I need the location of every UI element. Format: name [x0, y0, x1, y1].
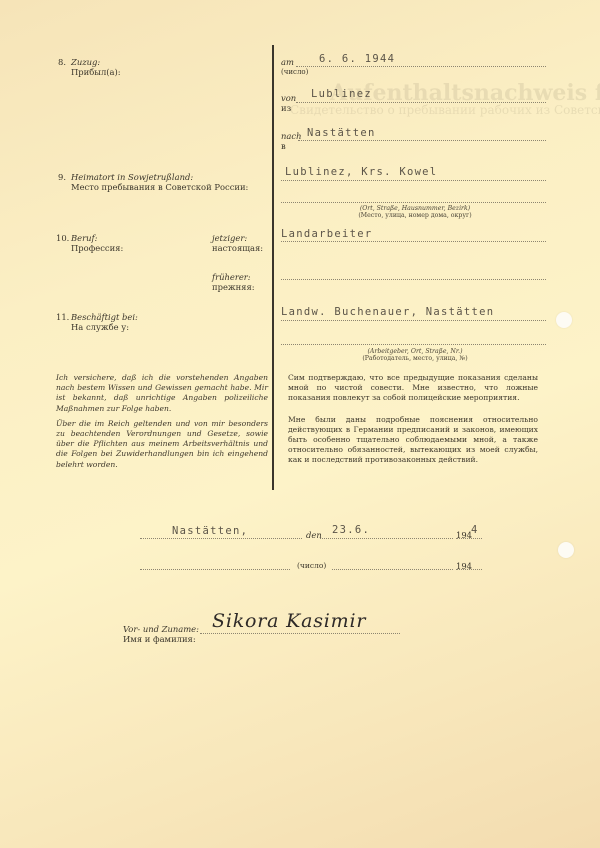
date-label-ru: (число): [297, 561, 326, 571]
former-profession-label-de: früherer:: [212, 272, 251, 282]
declaration-russian: Сим подтверждаю, что все предыдущие пока…: [288, 373, 538, 471]
signature-label-de: Vor- und Zuname:: [123, 624, 199, 634]
arrival-date-label: am: [281, 57, 294, 67]
section-8-number: 8.: [58, 57, 66, 67]
document-page: Aufenthaltsnachweis für Arbeitskräfte au…: [0, 0, 600, 848]
arrival-date-line: [296, 66, 546, 67]
section-10-label-ru: Профессия:: [71, 243, 123, 253]
home-address-line-2: [281, 202, 546, 203]
place-field[interactable]: Nastätten,: [172, 525, 248, 537]
punch-hole-lower: [558, 542, 574, 558]
date-field[interactable]: 23.6.: [332, 524, 370, 536]
employer-hint-ru: (Работодатель, место, улица, №): [300, 355, 530, 363]
former-profession-label-ru: прежняя:: [212, 282, 255, 292]
declaration-german-paragraph-1: Ich versichere, daß ich die vorstehenden…: [56, 373, 268, 414]
signature-line: [200, 633, 400, 634]
home-address-hint-ru: (Место, улица, номер дома, округ): [300, 212, 530, 220]
former-profession-line: [281, 279, 546, 280]
place-line-ru: [140, 569, 290, 570]
arrival-from-label: von: [281, 93, 296, 103]
home-address-field[interactable]: Lublinez, Krs. Kowel: [285, 166, 437, 178]
section-8-label-de: Zuzug:: [71, 57, 100, 67]
section-9-number: 9.: [58, 172, 66, 182]
section-8-label-ru: Прибыл(а):: [71, 67, 121, 77]
punch-hole-upper: [556, 312, 572, 328]
arrival-from-line: [296, 102, 546, 103]
section-9-label-ru: Место пребывания в Советской России:: [71, 182, 248, 192]
arrival-date-label-ru: (число): [281, 67, 308, 77]
section-10-number: 10.: [56, 233, 69, 243]
year-line: [456, 538, 482, 539]
current-profession-label-ru: настоящая:: [212, 243, 263, 253]
arrival-to-line: [298, 140, 546, 141]
current-profession-line: [281, 241, 546, 242]
arrival-to-label-ru: в: [281, 141, 286, 151]
year-suffix-field[interactable]: 4: [471, 524, 479, 536]
declaration-russian-paragraph-1: Сим подтверждаю, что все предыдущие пока…: [288, 373, 538, 404]
section-11-number: 11.: [56, 312, 69, 322]
section-11-label-ru: На службе у:: [71, 322, 129, 332]
date-line: [320, 538, 453, 539]
date-line-ru: [332, 569, 453, 570]
arrival-date-field[interactable]: 6. 6. 1944: [319, 53, 395, 65]
declaration-russian-paragraph-2: Мне были даны подробные пояснения относи…: [288, 415, 538, 466]
year-line-ru: [456, 569, 482, 570]
declaration-german: Ich versichere, daß ich die vorstehenden…: [56, 373, 268, 475]
signature-field[interactable]: Sikora Kasimir: [212, 610, 366, 632]
employer-line-2: [281, 344, 546, 345]
current-profession-field[interactable]: Landarbeiter: [281, 228, 372, 240]
section-9-label-de: Heimatort in Sowjetrußland:: [71, 172, 193, 182]
arrival-from-label-ru: из: [281, 103, 291, 113]
declaration-german-paragraph-2: Über die im Reich geltenden und von mir …: [56, 419, 268, 470]
current-profession-label-de: jetziger:: [212, 233, 247, 243]
section-11-label-de: Beschäftigt bei:: [71, 312, 138, 322]
home-address-line-1: [281, 180, 546, 181]
bleed-through-subtitle: Свидетельство о пребывании рабочих из Со…: [290, 103, 600, 117]
place-line: [140, 538, 302, 539]
section-10-label-de: Beruf:: [71, 233, 97, 243]
arrival-to-field[interactable]: Nastätten: [307, 127, 376, 139]
arrival-from-field[interactable]: Lublinez: [311, 88, 372, 100]
employer-field[interactable]: Landw. Buchenauer, Nastätten: [281, 306, 494, 318]
employer-line-1: [281, 320, 546, 321]
column-divider: [272, 45, 274, 490]
signature-label-ru: Имя и фамилия:: [123, 634, 196, 644]
